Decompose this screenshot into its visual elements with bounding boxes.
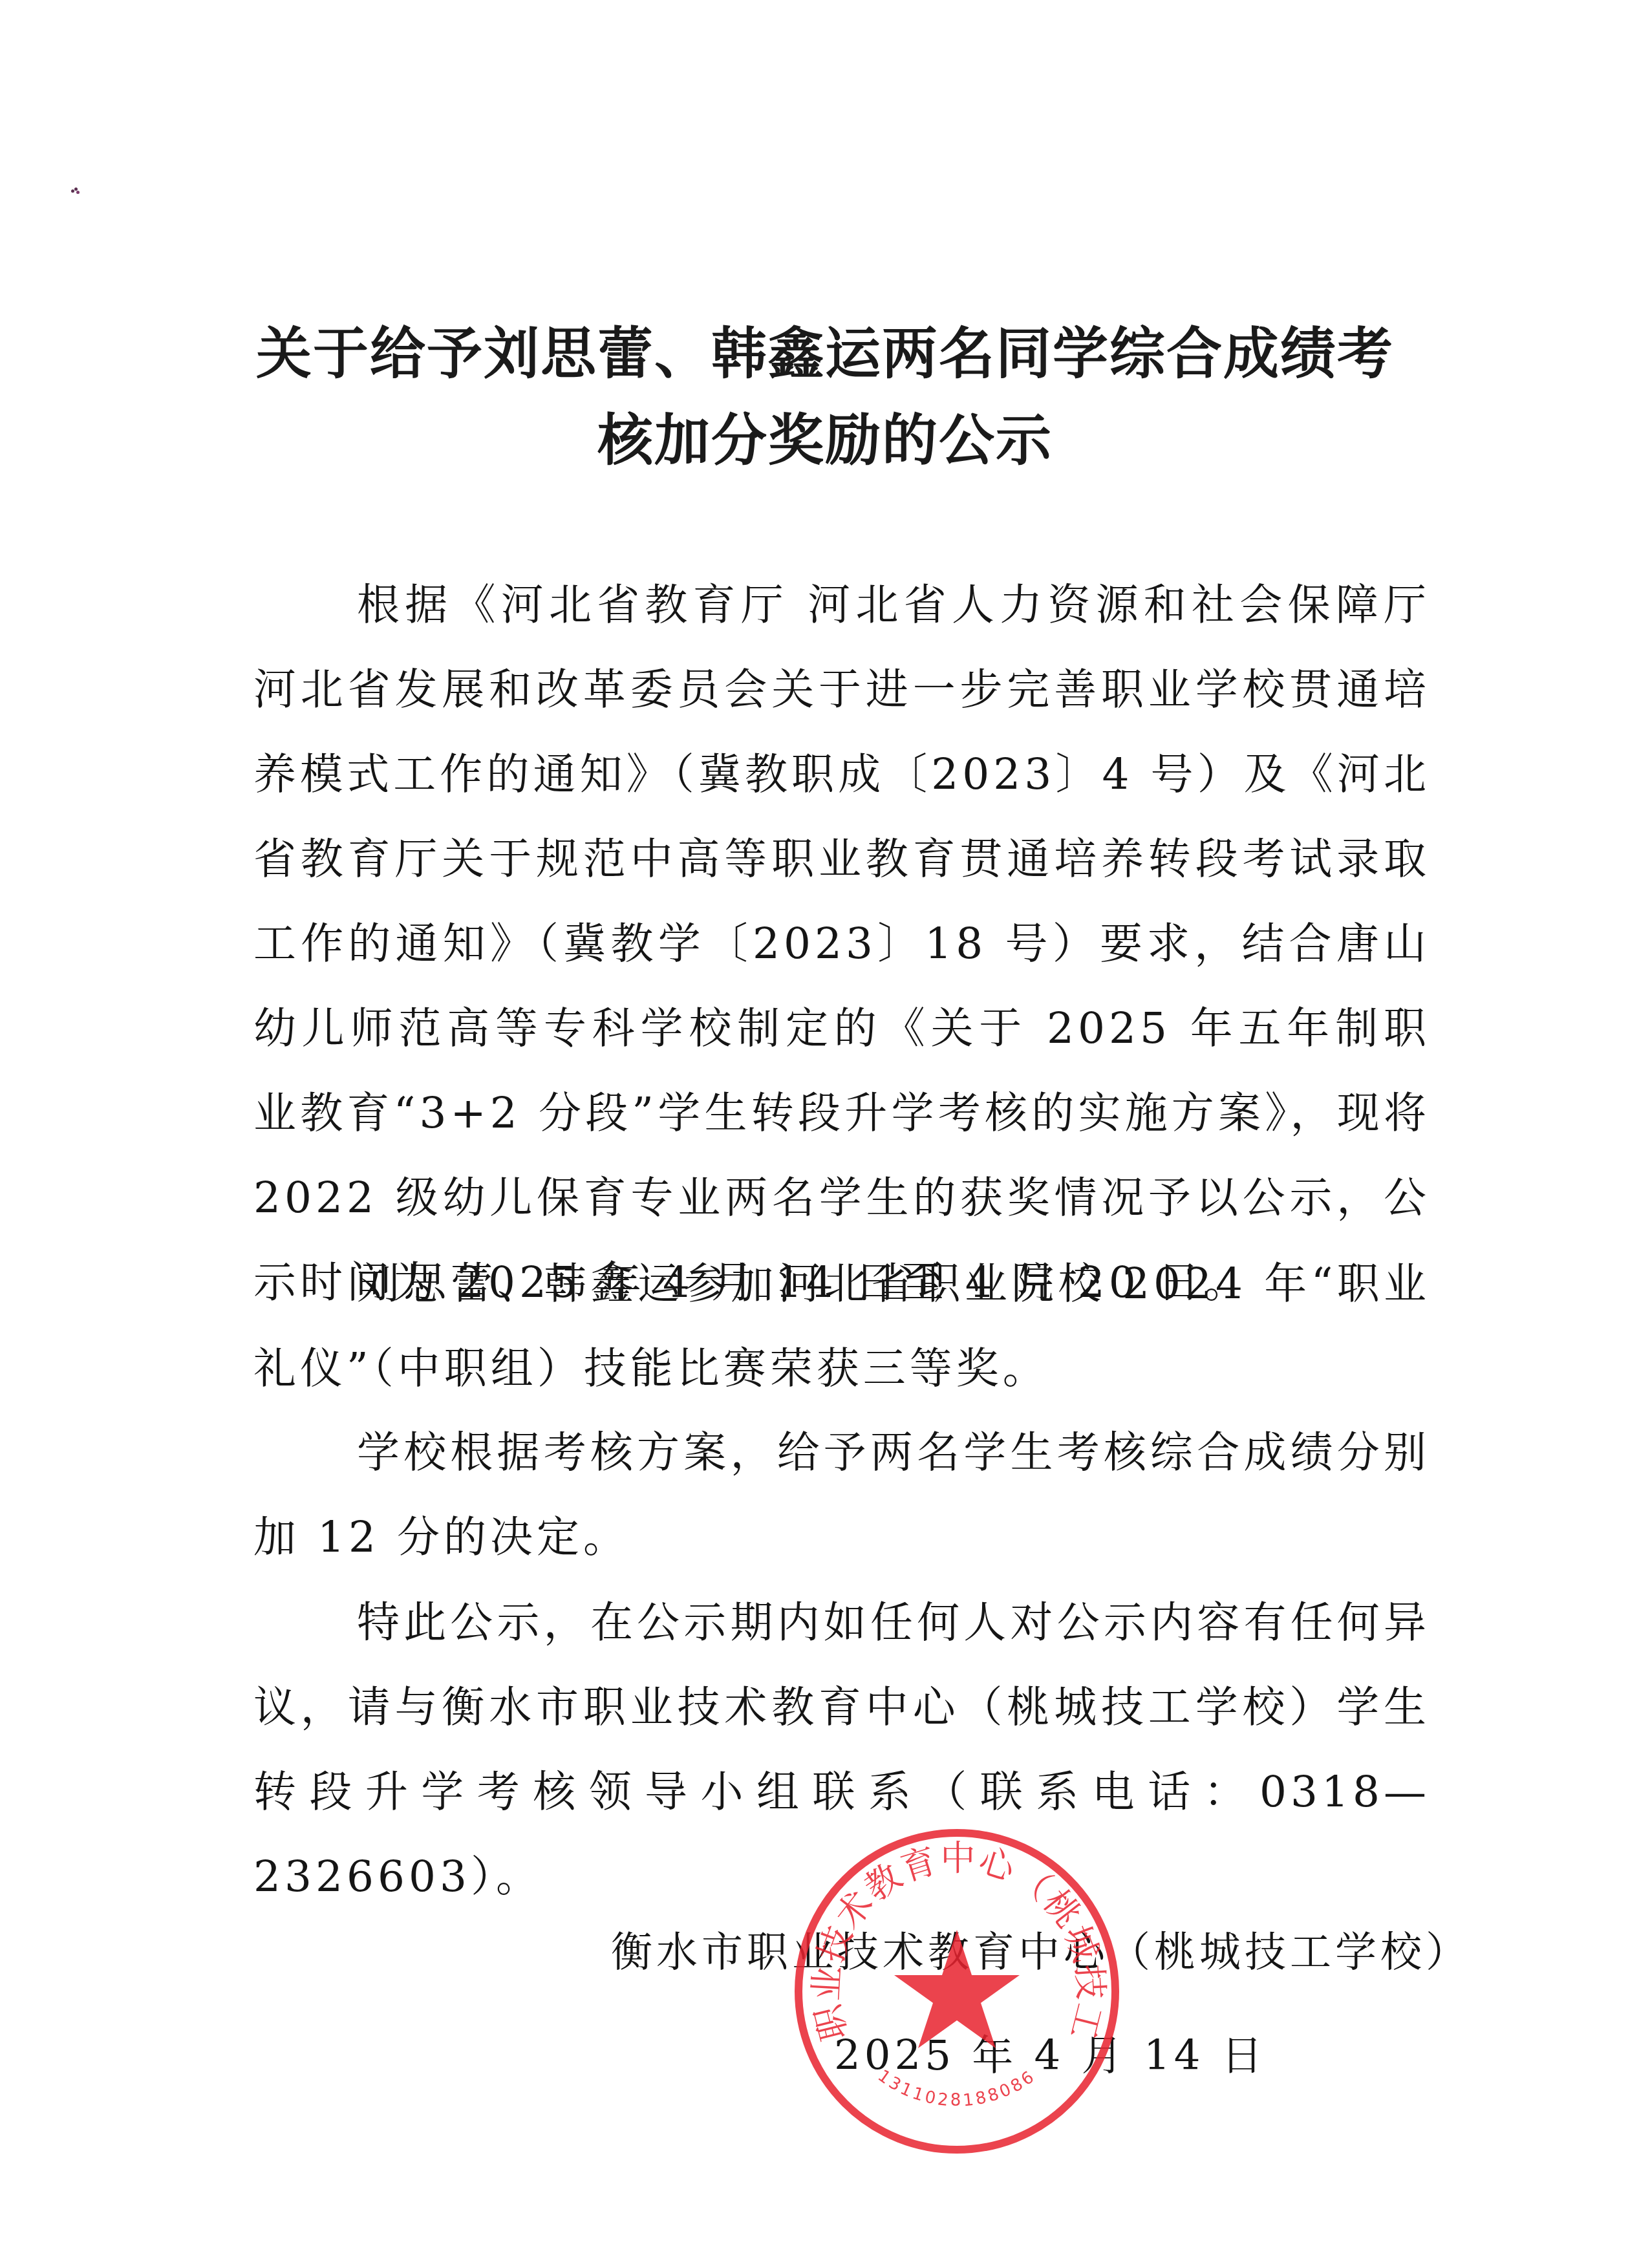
scan-speck [71, 187, 80, 194]
paragraph-basis: 根据《河北省教育厅 河北省人力资源和社会保障厅 河北省发展和改革委员会关于进一步… [253, 562, 1430, 1325]
paragraph-text: 学校根据考核方案，给予两名学生考核综合成绩分别加 12 分的决定。 [253, 1410, 1430, 1579]
official-seal-icon: 衡水市职业技术教育中心（桃城技工学校） 1311028188086 [786, 1820, 1128, 2163]
seal-code: 1311028188086 [874, 2066, 1040, 2111]
paragraph-text: 根据《河北省教育厅 河北省人力资源和社会保障厅 河北省发展和改革委员会关于进一步… [253, 562, 1430, 1325]
paragraph-text: 刘思蕾、韩鑫运参加河北省职业院校 2024 年“职业礼仪”（中职组）技能比赛荣获… [253, 1241, 1430, 1411]
paragraph-award: 刘思蕾、韩鑫运参加河北省职业院校 2024 年“职业礼仪”（中职组）技能比赛荣获… [253, 1241, 1430, 1411]
title-line-1: 关于给予刘思蕾、韩鑫运两名同学综合成绩考 [194, 309, 1456, 389]
paragraph-decision: 学校根据考核方案，给予两名学生考核综合成绩分别加 12 分的决定。 [253, 1410, 1430, 1579]
title-line-2: 核加分奖励的公示 [194, 396, 1456, 476]
svg-text:1311028188086: 1311028188086 [874, 2066, 1040, 2111]
document-page: 关于给予刘思蕾、韩鑫运两名同学综合成绩考 核加分奖励的公示 根据《河北省教育厅 … [0, 0, 1650, 2268]
